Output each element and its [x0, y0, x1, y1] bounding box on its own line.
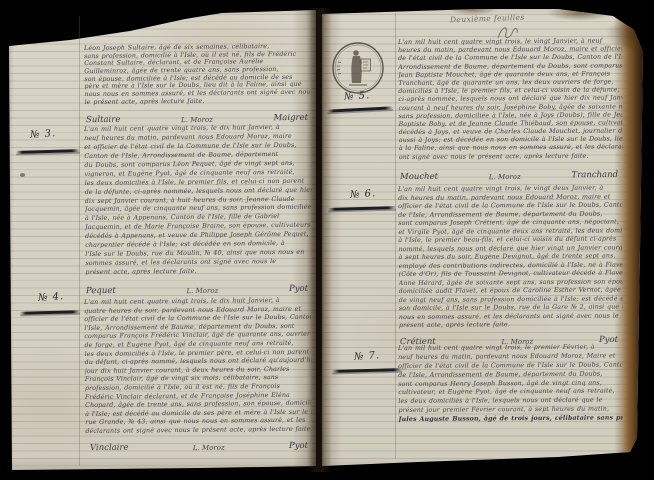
signature: L. Moroz	[181, 112, 213, 124]
act-number-3: № 3.	[30, 128, 57, 141]
signature: Vinclaire	[90, 443, 129, 453]
signature: Maigret	[274, 113, 309, 123]
signature: Sultaire	[86, 115, 120, 125]
act-entry-6: L'an mil huit cent quatre vingt trois, l…	[398, 184, 623, 330]
signature-row: Pequet L. Moroz Pyot	[86, 279, 308, 296]
signature: Pequet	[86, 286, 116, 296]
signature: L. Moroz	[186, 283, 218, 295]
act-entry-3: L'an mil huit cent quatre vingt trois, l…	[84, 124, 313, 278]
signature: Tranchand	[571, 170, 618, 180]
act-number-6: № 6.	[350, 188, 377, 201]
signature: Pyot	[289, 441, 308, 451]
signature: L. Moroz	[193, 440, 225, 452]
act-entry-5: L'an mil huit cent quatre vingt trois, l…	[398, 37, 623, 161]
signature-row: Vinclaire L. Moroz Pyot	[90, 436, 308, 453]
act-number-5: № 5.	[344, 90, 371, 103]
act-entry-4: L'an mil huit cent quatre vingt trois, l…	[84, 297, 312, 437]
act-number-4: № 4.	[38, 291, 65, 304]
signature: L. Moroz	[489, 169, 521, 181]
signature: Pyot	[289, 284, 308, 294]
margin-fold-line	[79, 16, 80, 466]
signature: Mouchet	[400, 172, 438, 182]
act-number-7: № 7.	[354, 350, 381, 363]
act-entry-7: L'an mil huit cent quatre vingt trois, l…	[398, 343, 623, 425]
revenue-stamp-icon	[330, 40, 386, 96]
registry-scan-photo: Deuxième feuilles № 3. № 4. № 5. № 6. № …	[0, 0, 654, 480]
margin-fold-line	[395, 13, 396, 459]
signature-row: Mouchet L. Moroz Tranchand	[400, 165, 618, 182]
signature-row: Sultaire L. Moroz Maigret	[86, 108, 308, 125]
act-entry-continuation: Léon Joseph Sultaire, âgé de six semaine…	[84, 43, 312, 107]
